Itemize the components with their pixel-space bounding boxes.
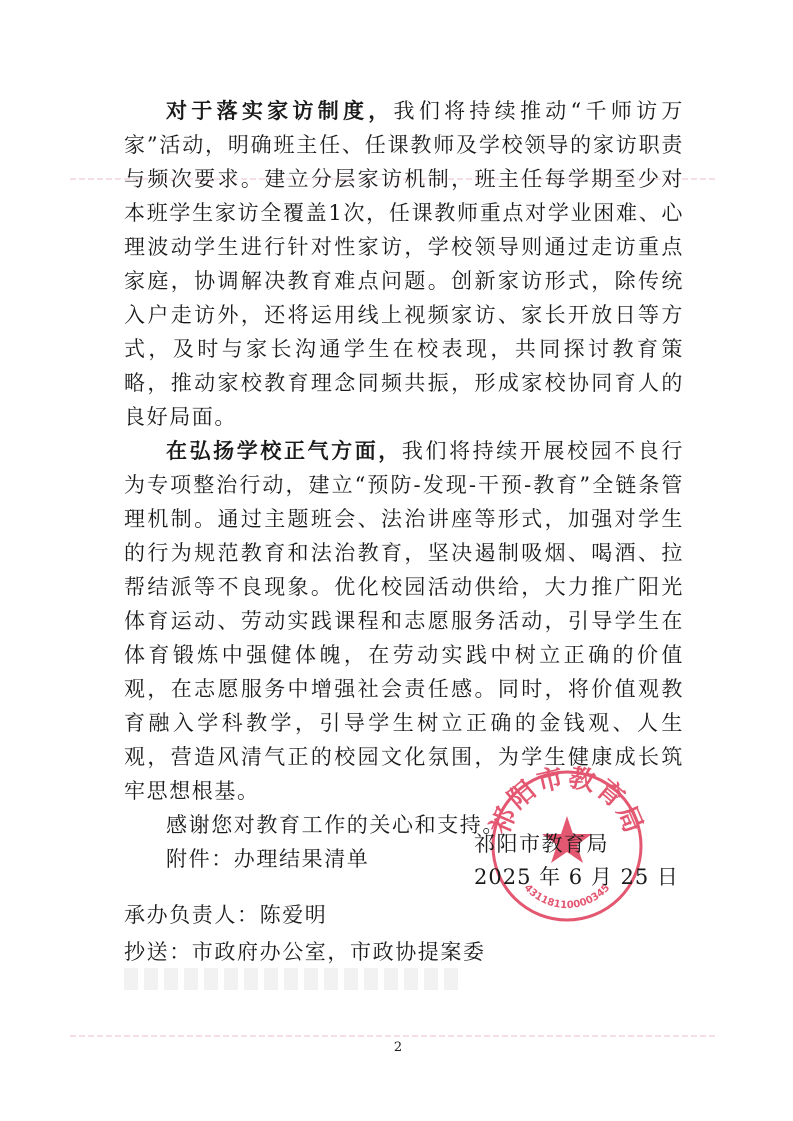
issue-date: 2025 年 6 月 25 日 — [474, 860, 679, 894]
paragraph-school-ethos: 在弘扬学校正气方面，我们将持续开展校园不良行为专项整治行动，建立“预防-发现-干… — [124, 434, 684, 808]
issuing-authority: 祁阳市教育局 — [474, 827, 609, 861]
bleed-through-text — [124, 968, 464, 990]
paragraph-home-visits: 对于落实家访制度，我们将持续推动“千师访万家”活动，明确班主任、任课教师及学校领… — [124, 94, 684, 434]
paragraph-text: 我们将持续开展校园不良行为专项整治行动，建立“预防-发现-干预-教育”全链条管理… — [124, 439, 684, 803]
paragraph-lead: 在弘扬学校正气方面， — [166, 438, 402, 463]
letter-body: 对于落实家访制度，我们将持续推动“千师访万家”活动，明确班主任、任课教师及学校领… — [124, 94, 684, 876]
document-page: 对于落实家访制度，我们将持续推动“千师访万家”活动，明确班主任、任课教师及学校领… — [0, 0, 793, 1121]
page-number: 2 — [388, 1040, 408, 1055]
bleed-through-rule-bottom — [70, 1035, 715, 1037]
paragraph-lead: 对于落实家访制度， — [166, 98, 394, 123]
cc-recipients: 抄送：市政府办公室，市政协提案委 — [124, 934, 486, 971]
responsible-person: 承办负责人：陈爱明 — [124, 897, 486, 934]
paragraph-text: 我们将持续推动“千师访万家”活动，明确班主任、任课教师及学校领导的家访职责与频次… — [124, 99, 684, 429]
footer-info: 承办负责人：陈爱明 抄送：市政府办公室，市政协提案委 — [124, 897, 486, 971]
